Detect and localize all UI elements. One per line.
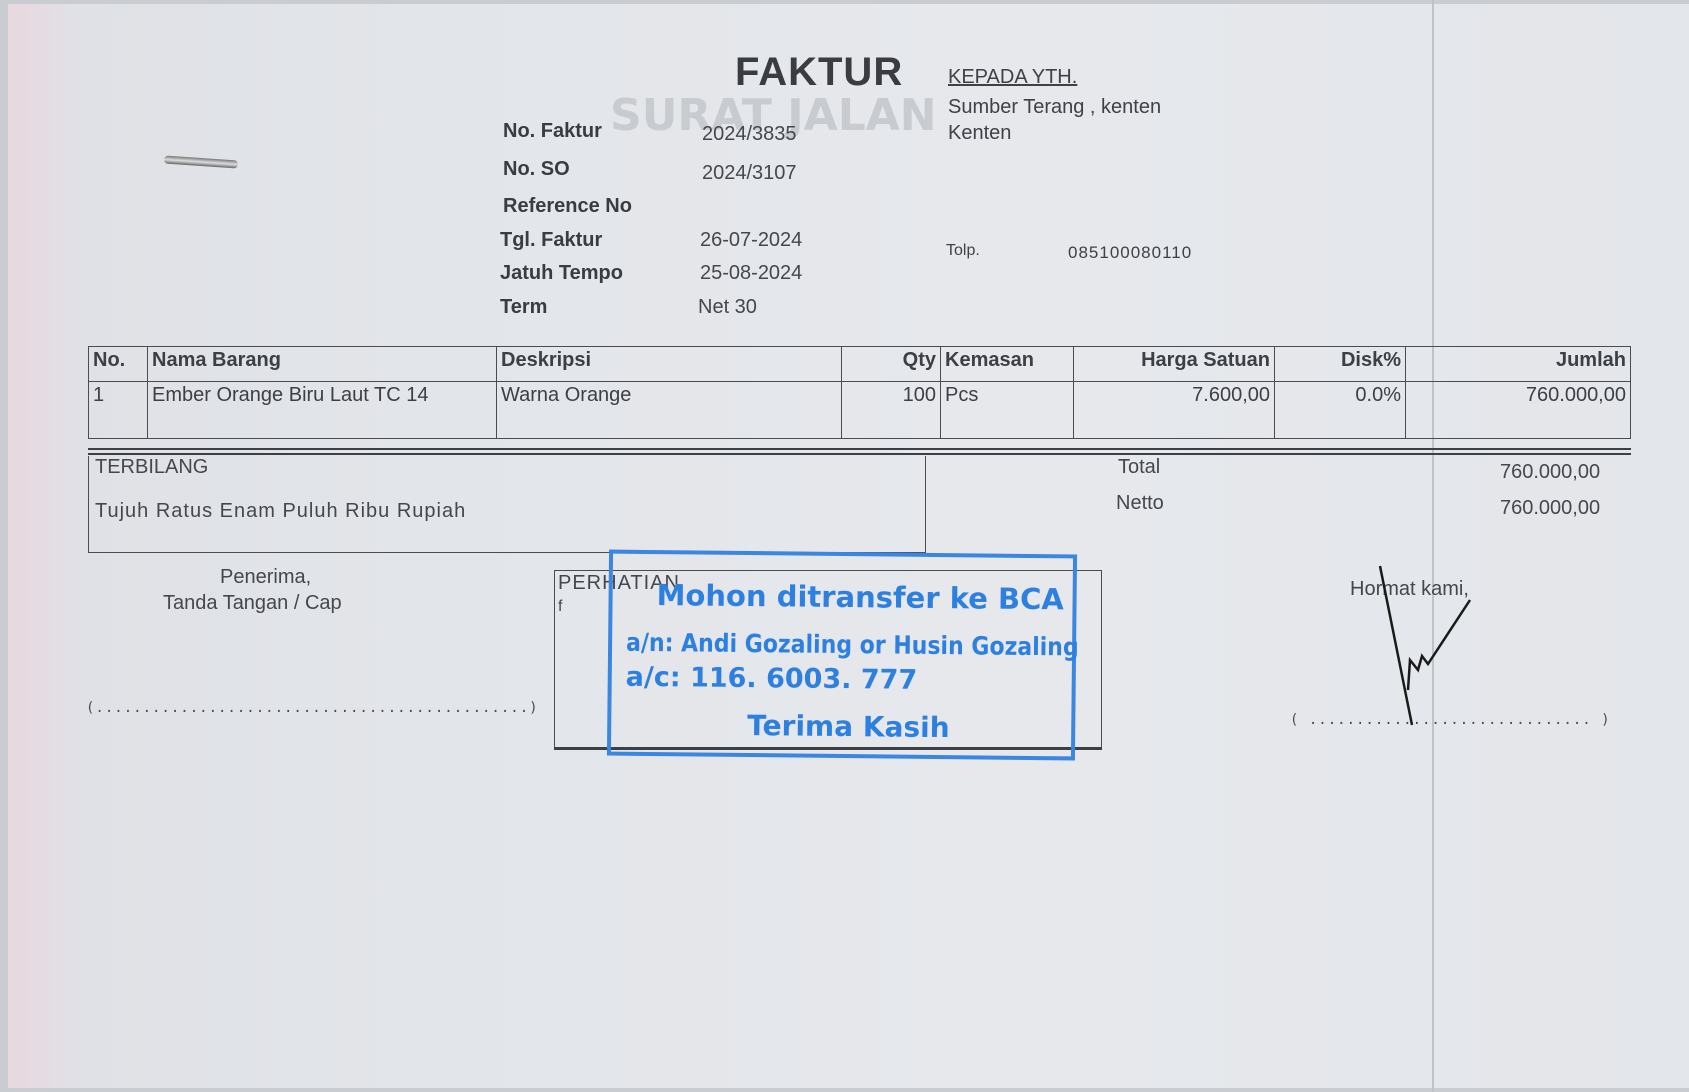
document-title: FAKTUR [735,50,903,95]
recipient-city: Kenten [948,122,1011,145]
field-label: Term [500,296,547,319]
receiver-signature-line: (.......................................… [86,700,539,716]
cell-deskripsi: Warna Orange [497,382,842,439]
cell-no: 1 [89,382,148,439]
stamp-line-1: Mohon ditransfer ke BCA [656,578,1064,616]
terbilang-label: TERBILANG [95,456,208,479]
table-row: 1 Ember Orange Biru Laut TC 14 Warna Ora… [89,382,1631,439]
perhatian-text: f [558,598,562,616]
col-deskripsi: Deskripsi [497,347,842,382]
field-label: Jatuh Tempo [500,262,623,285]
netto-value: 760.000,00 [1500,497,1600,520]
recipient-heading: KEPADA YTH. [948,66,1077,89]
receiver-sign-label: Tanda Tangan / Cap [163,592,342,615]
receiver-label: Penerima, [220,566,311,589]
total-value: 760.000,00 [1500,461,1600,484]
perforation-line [1432,0,1434,1092]
field-label: No. SO [503,158,570,181]
cell-kemasan: Pcs [941,382,1074,439]
netto-label: Netto [1116,492,1164,515]
col-jumlah: Jumlah [1406,347,1631,382]
cell-jumlah: 760.000,00 [1406,382,1631,439]
col-nama-barang: Nama Barang [148,347,497,382]
recipient-name: Sumber Terang , kenten [948,96,1161,119]
items-table: No. Nama Barang Deskripsi Qty Kemasan Ha… [88,346,1631,439]
phone-label: Tolp. [946,242,980,260]
cell-harga: 7.600,00 [1074,382,1275,439]
stamp-line-3: a/c: 116. 6003. 777 [626,662,918,696]
bank-transfer-stamp: Mohon ditransfer ke BCA a/n: Andi Gozali… [607,550,1077,761]
field-value: 26-07-2024 [700,229,802,252]
col-kemasan: Kemasan [941,347,1074,382]
field-label: Reference No [503,195,632,218]
field-label: No. Faktur [503,120,602,143]
terbilang-text: Tujuh Ratus Enam Puluh Ribu Rupiah [95,500,466,523]
field-value: Net 30 [698,296,757,319]
col-qty: Qty [842,347,941,382]
signature-mark [1370,560,1480,730]
stamp-line-4: Terima Kasih [747,709,950,744]
total-label: Total [1118,456,1160,479]
field-value: 25-08-2024 [700,262,802,285]
table-header-row: No. Nama Barang Deskripsi Qty Kemasan Ha… [89,347,1631,382]
cell-qty: 100 [842,382,941,439]
table-bottom-rule [88,448,1631,455]
phone-value: 085100080110 [1068,243,1192,263]
field-label: Tgl. Faktur [500,229,602,252]
cell-nama: Ember Orange Biru Laut TC 14 [148,382,497,439]
cell-disk: 0.0% [1275,382,1406,439]
col-disk: Disk% [1275,347,1406,382]
col-no: No. [89,347,148,382]
col-harga-satuan: Harga Satuan [1074,347,1275,382]
field-value: 2024/3107 [702,162,797,185]
field-value: 2024/3835 [702,123,797,146]
stamp-line-2: a/n: Andi Gozaling or Husin Gozaling [626,628,1079,662]
